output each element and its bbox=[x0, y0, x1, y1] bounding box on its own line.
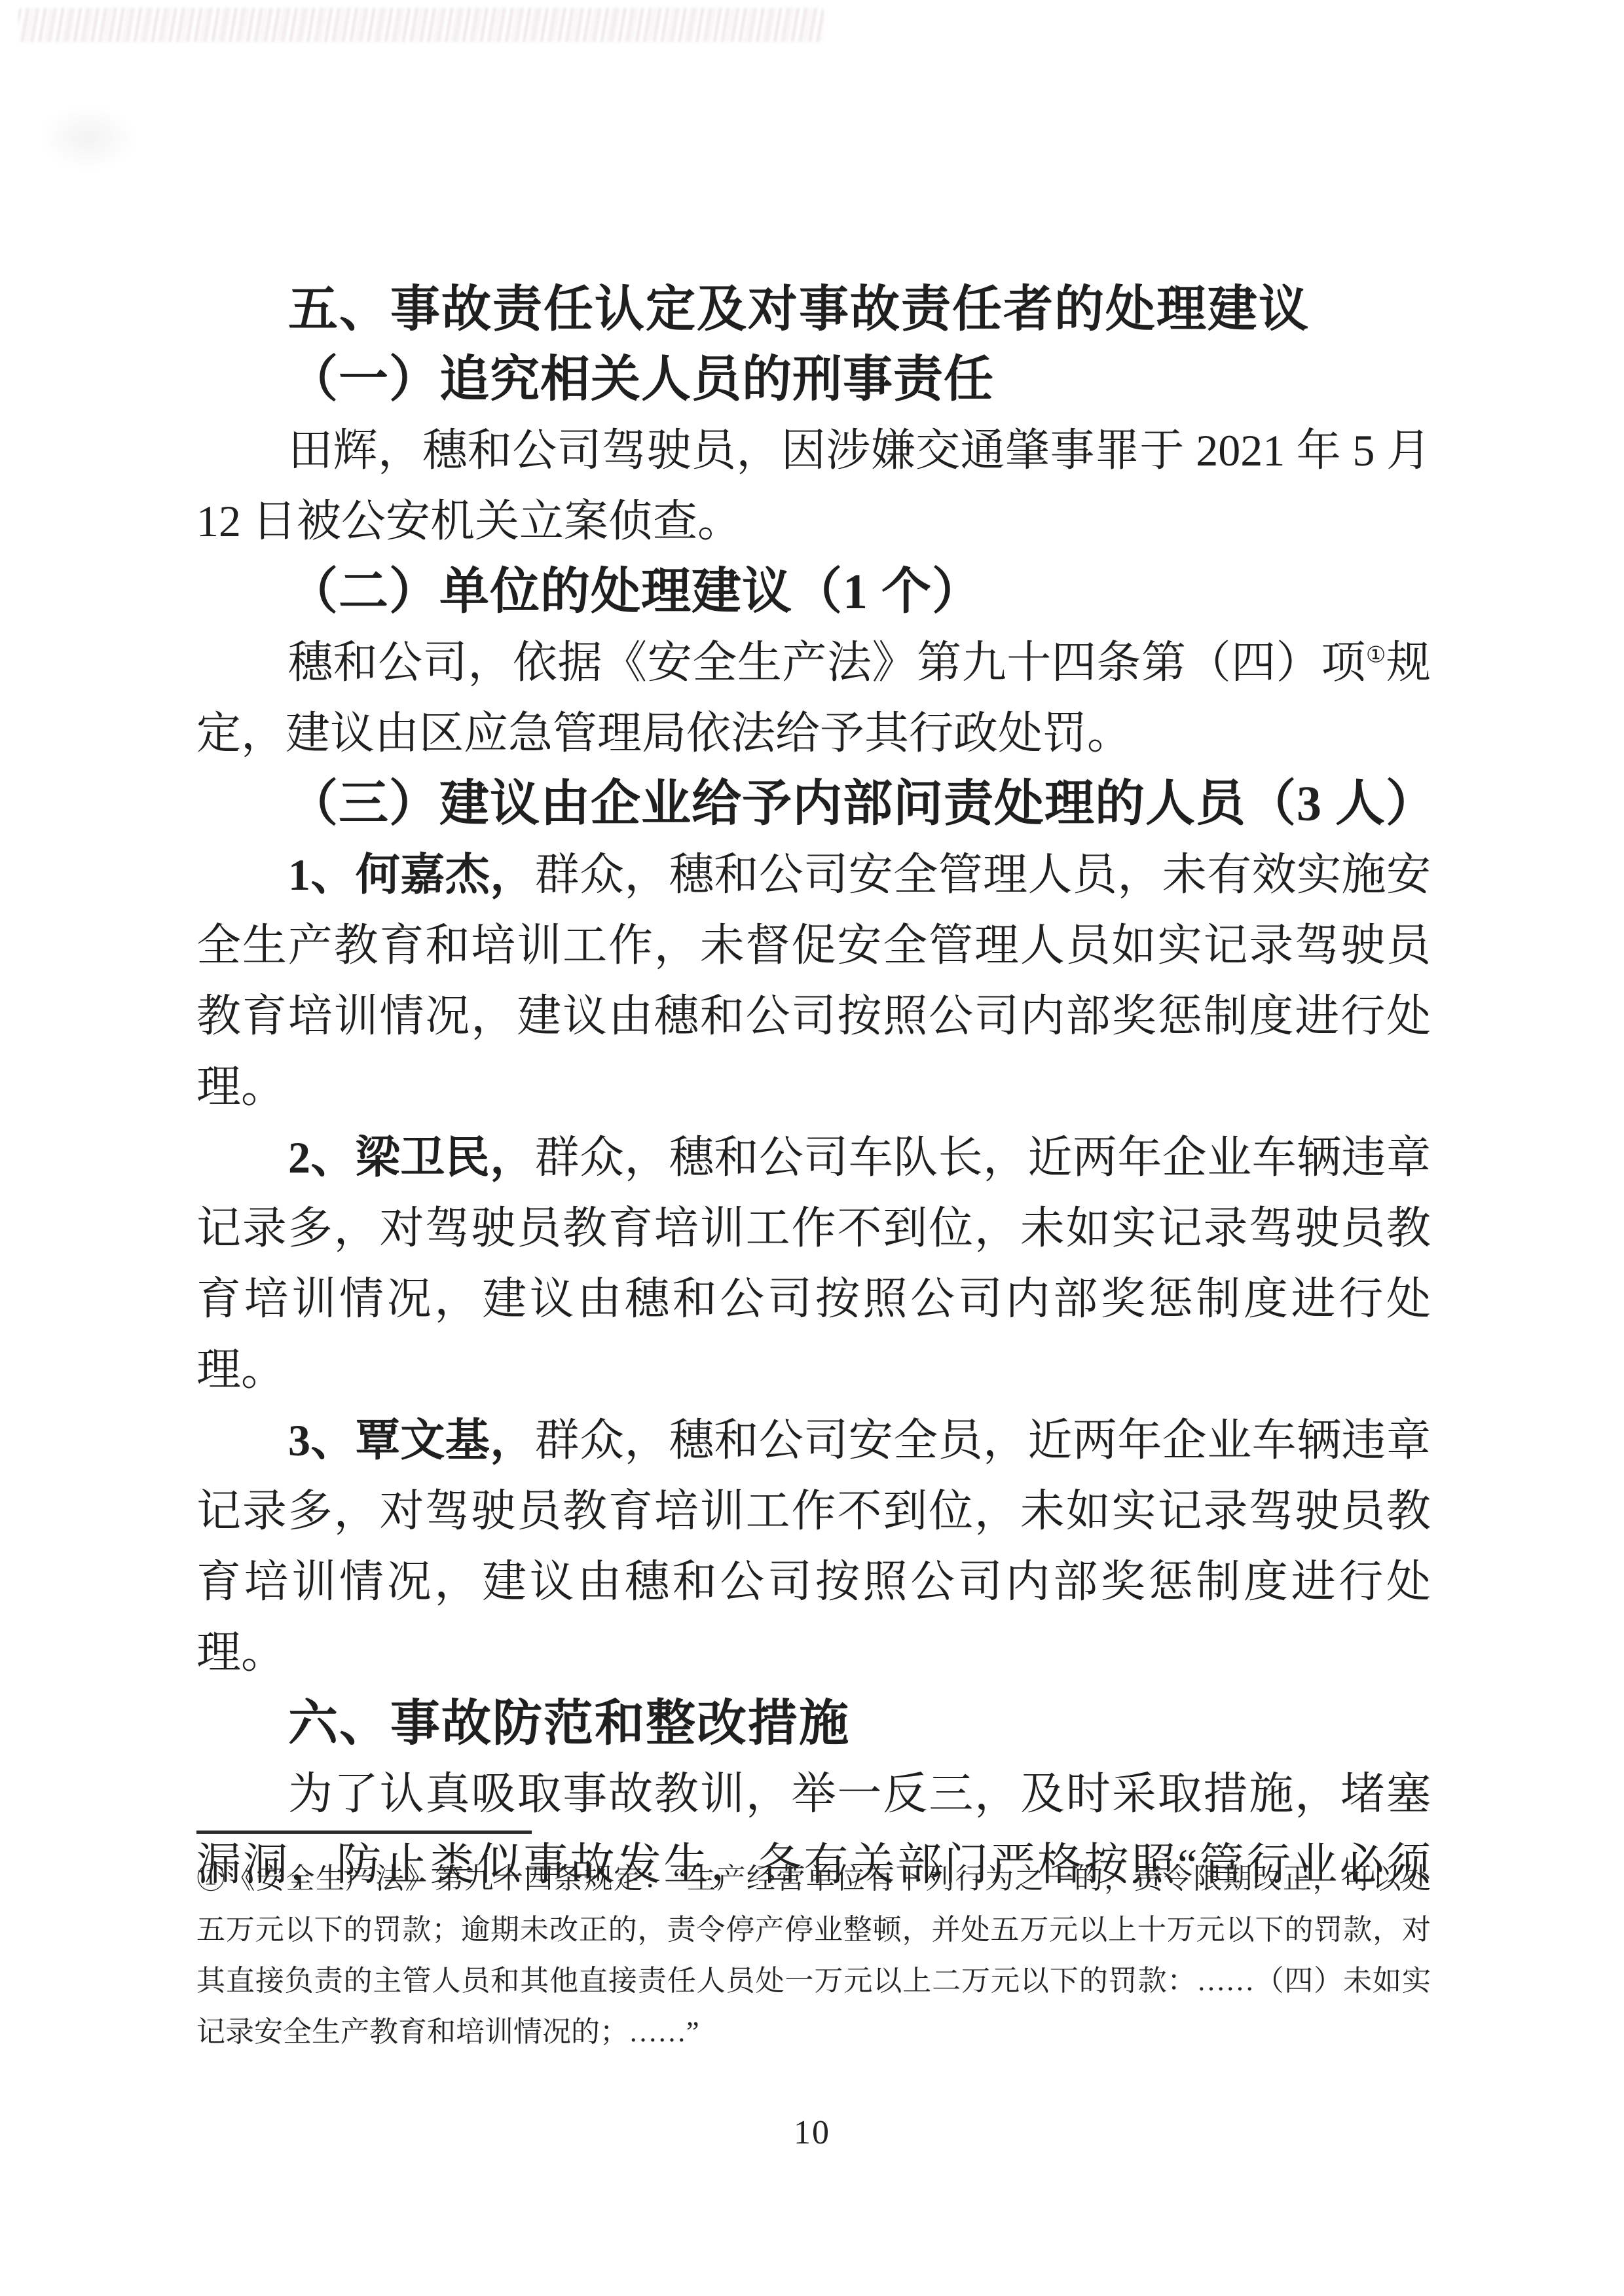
subsection-heading-2: （二）单位的处理建议（1 个） bbox=[196, 556, 1431, 627]
line-20: 为了认真吸取事故教训，举一反三，及时采取措施，堵塞 bbox=[196, 1758, 1431, 1829]
section-heading-5: 五、事故责任认定及对事故责任者的处理建议 bbox=[196, 274, 1431, 344]
page-number: 10 bbox=[0, 2113, 1624, 2152]
subsection-heading-3: （三）建议由企业给予内部问责处理的人员（3 人） bbox=[196, 769, 1431, 839]
fn-line-2: 五万元以下的罚款；逾期未改正的，责令停产停业整顿，并处五万元以上十万元以下的罚款… bbox=[196, 1904, 1431, 1956]
subsection-heading-1: （一）追究相关人员的刑事责任 bbox=[196, 344, 1431, 415]
line-9: 1、何嘉杰，群众，穗和公司安全管理人员，未有效实施安 bbox=[196, 839, 1431, 910]
line-16: 3、覃文基，群众，穗和公司安全员，近两年企业车辆违章 bbox=[196, 1405, 1431, 1476]
scanned-document-page: 五、事故责任认定及对事故责任者的处理建议（一）追究相关人员的刑事责任田辉，穗和公… bbox=[0, 0, 1624, 2296]
line-18: 育培训情况，建议由穗和公司按照公司内部奖惩制度进行处理。 bbox=[196, 1546, 1431, 1688]
line-14: 记录多，对驾驶员教育培训工作不到位，未如实记录驾驶员教 bbox=[196, 1193, 1431, 1264]
line-6: 穗和公司，依据《安全生产法》第九十四条第（四）项①规 bbox=[196, 627, 1431, 698]
scan-artifact-top bbox=[18, 8, 824, 42]
document-footnote: ①《安全生产法》第九十四条规定：“生产经营单位有下列行为之一的，责令限期改正，可… bbox=[196, 1831, 1431, 2058]
line-10: 全生产教育和培训工作，未督促安全管理人员如实记录驾驶员 bbox=[196, 910, 1431, 981]
line-15: 育培训情况，建议由穗和公司按照公司内部奖惩制度进行处理。 bbox=[196, 1264, 1431, 1405]
line-12: 理。 bbox=[196, 1051, 1431, 1122]
line-7: 定，建议由区应急管理局依法给予其行政处罚。 bbox=[196, 698, 1431, 769]
line-13: 2、梁卫民，群众，穗和公司车队长，近两年企业车辆违章 bbox=[196, 1122, 1431, 1193]
line-3: 田辉，穗和公司驾驶员，因涉嫌交通肇事罪于 2021 年 5 月 bbox=[196, 415, 1431, 486]
line-11: 教育培训情况，建议由穗和公司按照公司内部奖惩制度进行处 bbox=[196, 981, 1431, 1051]
fn-line-1: ①《安全生产法》第九十四条规定：“生产经营单位有下列行为之一的，责令限期改正，可… bbox=[196, 1853, 1431, 1904]
line-4: 12 日被公安机关立案侦查。 bbox=[196, 486, 1431, 556]
footnote-separator-rule bbox=[196, 1831, 532, 1834]
line-17: 记录多，对驾驶员教育培训工作不到位，未如实记录驾驶员教 bbox=[196, 1476, 1431, 1546]
fn-line-4: 记录安全生产教育和培训情况的；……” bbox=[196, 2007, 1431, 2058]
section-heading-6: 六、事故防范和整改措施 bbox=[196, 1688, 1431, 1758]
document-body: 五、事故责任认定及对事故责任者的处理建议（一）追究相关人员的刑事责任田辉，穗和公… bbox=[196, 274, 1431, 1900]
fn-line-3: 其直接负责的主管人员和其他直接责任人员处一万元以上二万元以下的罚款：……（四）未… bbox=[196, 1956, 1431, 2007]
scan-artifact-corner bbox=[20, 92, 157, 183]
document-footnote-text: ①《安全生产法》第九十四条规定：“生产经营单位有下列行为之一的，责令限期改正，可… bbox=[196, 1853, 1431, 2058]
